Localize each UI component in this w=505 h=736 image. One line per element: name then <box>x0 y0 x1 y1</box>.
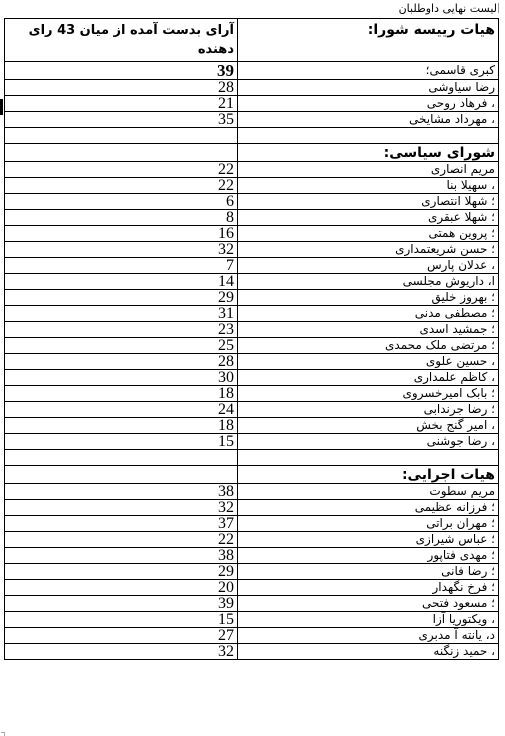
candidate-name: ، حمید زنگنه <box>238 644 499 660</box>
candidate-row: 32؛ فرزانه عظیمی <box>5 500 499 516</box>
spacer-row <box>5 450 499 466</box>
candidate-row: 20؛ فرخ نگهدار <box>5 580 499 596</box>
candidate-name: ؛ مصطفی مدنی <box>238 306 499 322</box>
candidate-row: 22؛ عباس شیرازی <box>5 532 499 548</box>
vote-count: 22 <box>5 178 238 194</box>
candidate-row: 39کبری قاسمی؛ <box>5 62 499 80</box>
empty-cell <box>5 144 238 162</box>
candidate-row: 6؛ شهلا انتصاری <box>5 194 499 210</box>
candidate-row: 24؛ رضا جرندابی <box>5 402 499 418</box>
vote-count: 15 <box>5 434 238 450</box>
candidate-name: ا، داریوش مجلسی <box>238 274 499 290</box>
candidate-name: ، سهیلا بنا <box>238 178 499 194</box>
candidate-row: 22، سهیلا بنا <box>5 178 499 194</box>
vote-count: 14 <box>5 274 238 290</box>
selection-marker <box>0 99 3 115</box>
candidate-name: د، یانته آ مدبری <box>238 628 499 644</box>
section-title-presidium: هیات رییسه شورا: <box>238 19 499 62</box>
vote-count: 28 <box>5 80 238 96</box>
candidate-row: 35، مهرداد مشایخی <box>5 112 499 128</box>
candidate-name: ، امیر گنج بخش <box>238 418 499 434</box>
vote-count: 24 <box>5 402 238 418</box>
vote-count: 22 <box>5 162 238 178</box>
candidate-name: ؛ مهران براتی <box>238 516 499 532</box>
candidate-row: 38؛ مهدی فتاپور <box>5 548 499 564</box>
candidate-name: ؛ بهروز خلیق <box>238 290 499 306</box>
candidate-name: کبری قاسمی؛ <box>238 62 499 80</box>
candidate-name: ؛ مهدی فتاپور <box>238 548 499 564</box>
vote-count: 20 <box>5 580 238 596</box>
empty-cell <box>238 128 499 144</box>
vote-count: 39 <box>5 62 238 80</box>
candidate-row: 29؛ بهروز خلیق <box>5 290 499 306</box>
vote-count: 39 <box>5 596 238 612</box>
table-header-row: آرای بدست آمده از میان 43 رای دهنده هیات… <box>5 19 499 62</box>
candidate-name: ، ویکتوریا آزا <box>238 612 499 628</box>
section-title: هیات اجرایی: <box>238 466 499 484</box>
vote-count: 32 <box>5 644 238 660</box>
candidates-table: آرای بدست آمده از میان 43 رای دهنده هیات… <box>4 18 499 660</box>
vote-count: 29 <box>5 564 238 580</box>
spacer-row <box>5 128 499 144</box>
candidate-name: ؛ رضا فانی <box>238 564 499 580</box>
vote-count: 23 <box>5 322 238 338</box>
vote-count: 8 <box>5 210 238 226</box>
section-title: شورای سیاسی: <box>238 144 499 162</box>
vote-count: 30 <box>5 370 238 386</box>
vote-count: 25 <box>5 338 238 354</box>
candidate-name: ، حسین علوی <box>238 354 499 370</box>
candidate-name: ، مهرداد مشایخی <box>238 112 499 128</box>
vote-count: 35 <box>5 112 238 128</box>
candidate-name: ، فرهاد روحی <box>238 96 499 112</box>
vote-count: 38 <box>5 548 238 564</box>
text-cursor-mark <box>498 3 502 13</box>
vote-count: 28 <box>5 354 238 370</box>
candidate-row: 14ا، داریوش مجلسی <box>5 274 499 290</box>
candidate-row: 38مریم سطوت <box>5 484 499 500</box>
empty-cell <box>5 450 238 466</box>
candidate-row: 27د، یانته آ مدبری <box>5 628 499 644</box>
empty-cell <box>238 450 499 466</box>
candidate-name: مریم سطوت <box>238 484 499 500</box>
vote-count: 27 <box>5 628 238 644</box>
candidate-name: ؛ مرتضی ملک محمدی <box>238 338 499 354</box>
candidate-name: ؛ حسن شریعتمداری <box>238 242 499 258</box>
candidate-name: ؛ شهلا انتصاری <box>238 194 499 210</box>
candidate-name: ، کاظم علمداری <box>238 370 499 386</box>
vote-count: 29 <box>5 290 238 306</box>
vote-count: 18 <box>5 386 238 402</box>
vote-count: 38 <box>5 484 238 500</box>
candidate-row: 22مریم انصاری <box>5 162 499 178</box>
candidate-row: 28رضا سیاوشی <box>5 80 499 96</box>
candidate-row: 21، فرهاد روحی <box>5 96 499 112</box>
table-corner-mark <box>1 732 5 736</box>
candidate-row: 15، رضا جوشنی <box>5 434 499 450</box>
candidate-row: 32، حمید زنگنه <box>5 644 499 660</box>
empty-cell <box>5 466 238 484</box>
vote-count: 18 <box>5 418 238 434</box>
empty-cell <box>5 128 238 144</box>
candidate-row: 31؛ مصطفی مدنی <box>5 306 499 322</box>
vote-count: 15 <box>5 612 238 628</box>
candidate-name: ؛ فرخ نگهدار <box>238 580 499 596</box>
vote-count: 32 <box>5 500 238 516</box>
vote-count: 7 <box>5 258 238 274</box>
candidate-row: 15، ویکتوریا آزا <box>5 612 499 628</box>
candidate-row: 39؛ مسعود فتحی <box>5 596 499 612</box>
candidate-name: ؛ مسعود فتحی <box>238 596 499 612</box>
candidate-name: ؛ جمشید اسدی <box>238 322 499 338</box>
candidate-row: 18؛ بابک امیرخسروی <box>5 386 499 402</box>
vote-count: 16 <box>5 226 238 242</box>
candidate-row: 32؛ حسن شریعتمداری <box>5 242 499 258</box>
candidate-name: ؛ فرزانه عظیمی <box>238 500 499 516</box>
document-caption: لیست نهایی داوطلبان <box>399 1 497 16</box>
candidate-row: 7، عدلان پارس <box>5 258 499 274</box>
vote-count: 21 <box>5 96 238 112</box>
vote-count: 37 <box>5 516 238 532</box>
vote-count: 6 <box>5 194 238 210</box>
candidate-row: 30، کاظم علمداری <box>5 370 499 386</box>
candidate-row: 29؛ رضا فانی <box>5 564 499 580</box>
candidate-row: 16؛ پروین همتی <box>5 226 499 242</box>
candidate-row: 25؛ مرتضی ملک محمدی <box>5 338 499 354</box>
candidate-name: ؛ رضا جرندابی <box>238 402 499 418</box>
candidate-row: 8؛ شهلا عبقری <box>5 210 499 226</box>
vote-count: 22 <box>5 532 238 548</box>
candidate-name: ؛ عباس شیرازی <box>238 532 499 548</box>
candidate-name: مریم انصاری <box>238 162 499 178</box>
candidate-row: 18، امیر گنج بخش <box>5 418 499 434</box>
section-heading-row: شورای سیاسی: <box>5 144 499 162</box>
section-heading-row: هیات اجرایی: <box>5 466 499 484</box>
votes-column-header: آرای بدست آمده از میان 43 رای دهنده <box>5 19 238 62</box>
vote-count: 32 <box>5 242 238 258</box>
candidate-name: ؛ بابک امیرخسروی <box>238 386 499 402</box>
candidate-row: 23؛ جمشید اسدی <box>5 322 499 338</box>
candidate-name: ؛ پروین همتی <box>238 226 499 242</box>
candidate-name: ؛ شهلا عبقری <box>238 210 499 226</box>
candidate-row: 37؛ مهران براتی <box>5 516 499 532</box>
candidate-row: 28، حسین علوی <box>5 354 499 370</box>
candidate-name: ، رضا جوشنی <box>238 434 499 450</box>
candidate-name: رضا سیاوشی <box>238 80 499 96</box>
vote-count: 31 <box>5 306 238 322</box>
candidate-name: ، عدلان پارس <box>238 258 499 274</box>
